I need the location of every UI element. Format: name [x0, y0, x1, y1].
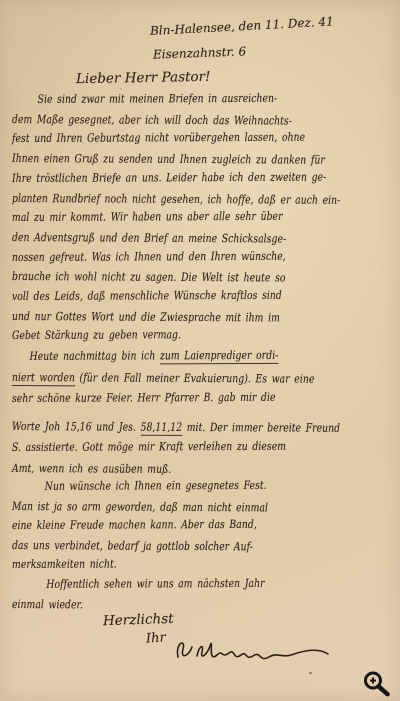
hand-line: S. assistierte. Gott möge mir Kraft verl… — [12, 436, 297, 458]
hand-line: Nun wünsche ich Ihnen ein gesegnetes Fes… — [12, 476, 297, 497]
signature-flourish — [170, 631, 332, 671]
signature: Ihr — [146, 631, 332, 671]
underlined-text: niert worden — [12, 370, 75, 386]
letter-page: Bln-Halensee, den 11. Dez. 41 Eisenzahns… — [0, 0, 400, 701]
paper-speck — [309, 672, 312, 674]
hand-text: Heute nachmittag bin ich — [30, 348, 160, 363]
hand-text: Worte Joh 15,16 und Jes. — [12, 419, 141, 434]
hand-line: fest und Ihren Geburtstag nicht vorüberg… — [12, 128, 297, 149]
hand-line: nossen gefreut. Was ich Ihnen und den Ih… — [12, 246, 297, 267]
hand-line: sehr schöne kurze Feier. Herr Pfarrer B.… — [12, 387, 297, 409]
address-line: Eisenzahnstr. 6 — [153, 44, 247, 61]
paragraph-2-ordination: Heute nachmittag bin ich zum Laienpredig… — [12, 346, 368, 479]
hand-line: Heute nachmittag bin ich zum Laienpredig… — [12, 345, 297, 367]
zoom-in-button[interactable] — [359, 668, 393, 698]
hand-line: Gebet Stärkung zu geben vermag. — [12, 325, 297, 346]
hand-line: merksamkeiten nicht. — [12, 554, 297, 575]
salutation: Lieber Herr Pastor! — [76, 69, 211, 87]
zoom-in-icon — [361, 670, 391, 697]
underlined-text: zum Laienprediger ordi- — [160, 348, 279, 365]
closing-formula: Herzlichst — [103, 611, 174, 629]
date-line: Bln-Halensee, den 11. Dez. 41 — [150, 14, 334, 38]
hand-line: Ihre tröstlichen Briefe an uns. Leider h… — [12, 168, 297, 189]
hand-line: mal zu mir kommt. Wir haben uns aber all… — [12, 207, 297, 228]
underlined-bible-verse: 58,11,12 — [141, 420, 183, 436]
paragraph-3: Nun wünsche ich Ihnen ein gesegnetes Fes… — [12, 477, 368, 575]
hand-line: voll des Leids, daß menschliche Wünsche … — [12, 286, 297, 307]
hand-line: eine kleine Freude machen kann. Aber das… — [12, 515, 297, 536]
signature-prefix: Ihr — [146, 630, 167, 646]
paper-speck — [120, 88, 122, 90]
hand-line: Sie sind zwar mit meinen Briefen in ausr… — [12, 89, 297, 110]
paragraph-1: Sie sind zwar mit meinen Briefen in ausr… — [12, 90, 368, 346]
hand-text: mit. Der immer bereite Freund — [182, 420, 340, 435]
hand-line: Hoffentlich sehen wir uns am nächsten Ja… — [12, 573, 297, 594]
paragraph-4: Hoffentlich sehen wir uns am nächsten Ja… — [12, 574, 368, 614]
hand-text: (für den Fall meiner Evakuierung). Es wa… — [75, 370, 314, 385]
